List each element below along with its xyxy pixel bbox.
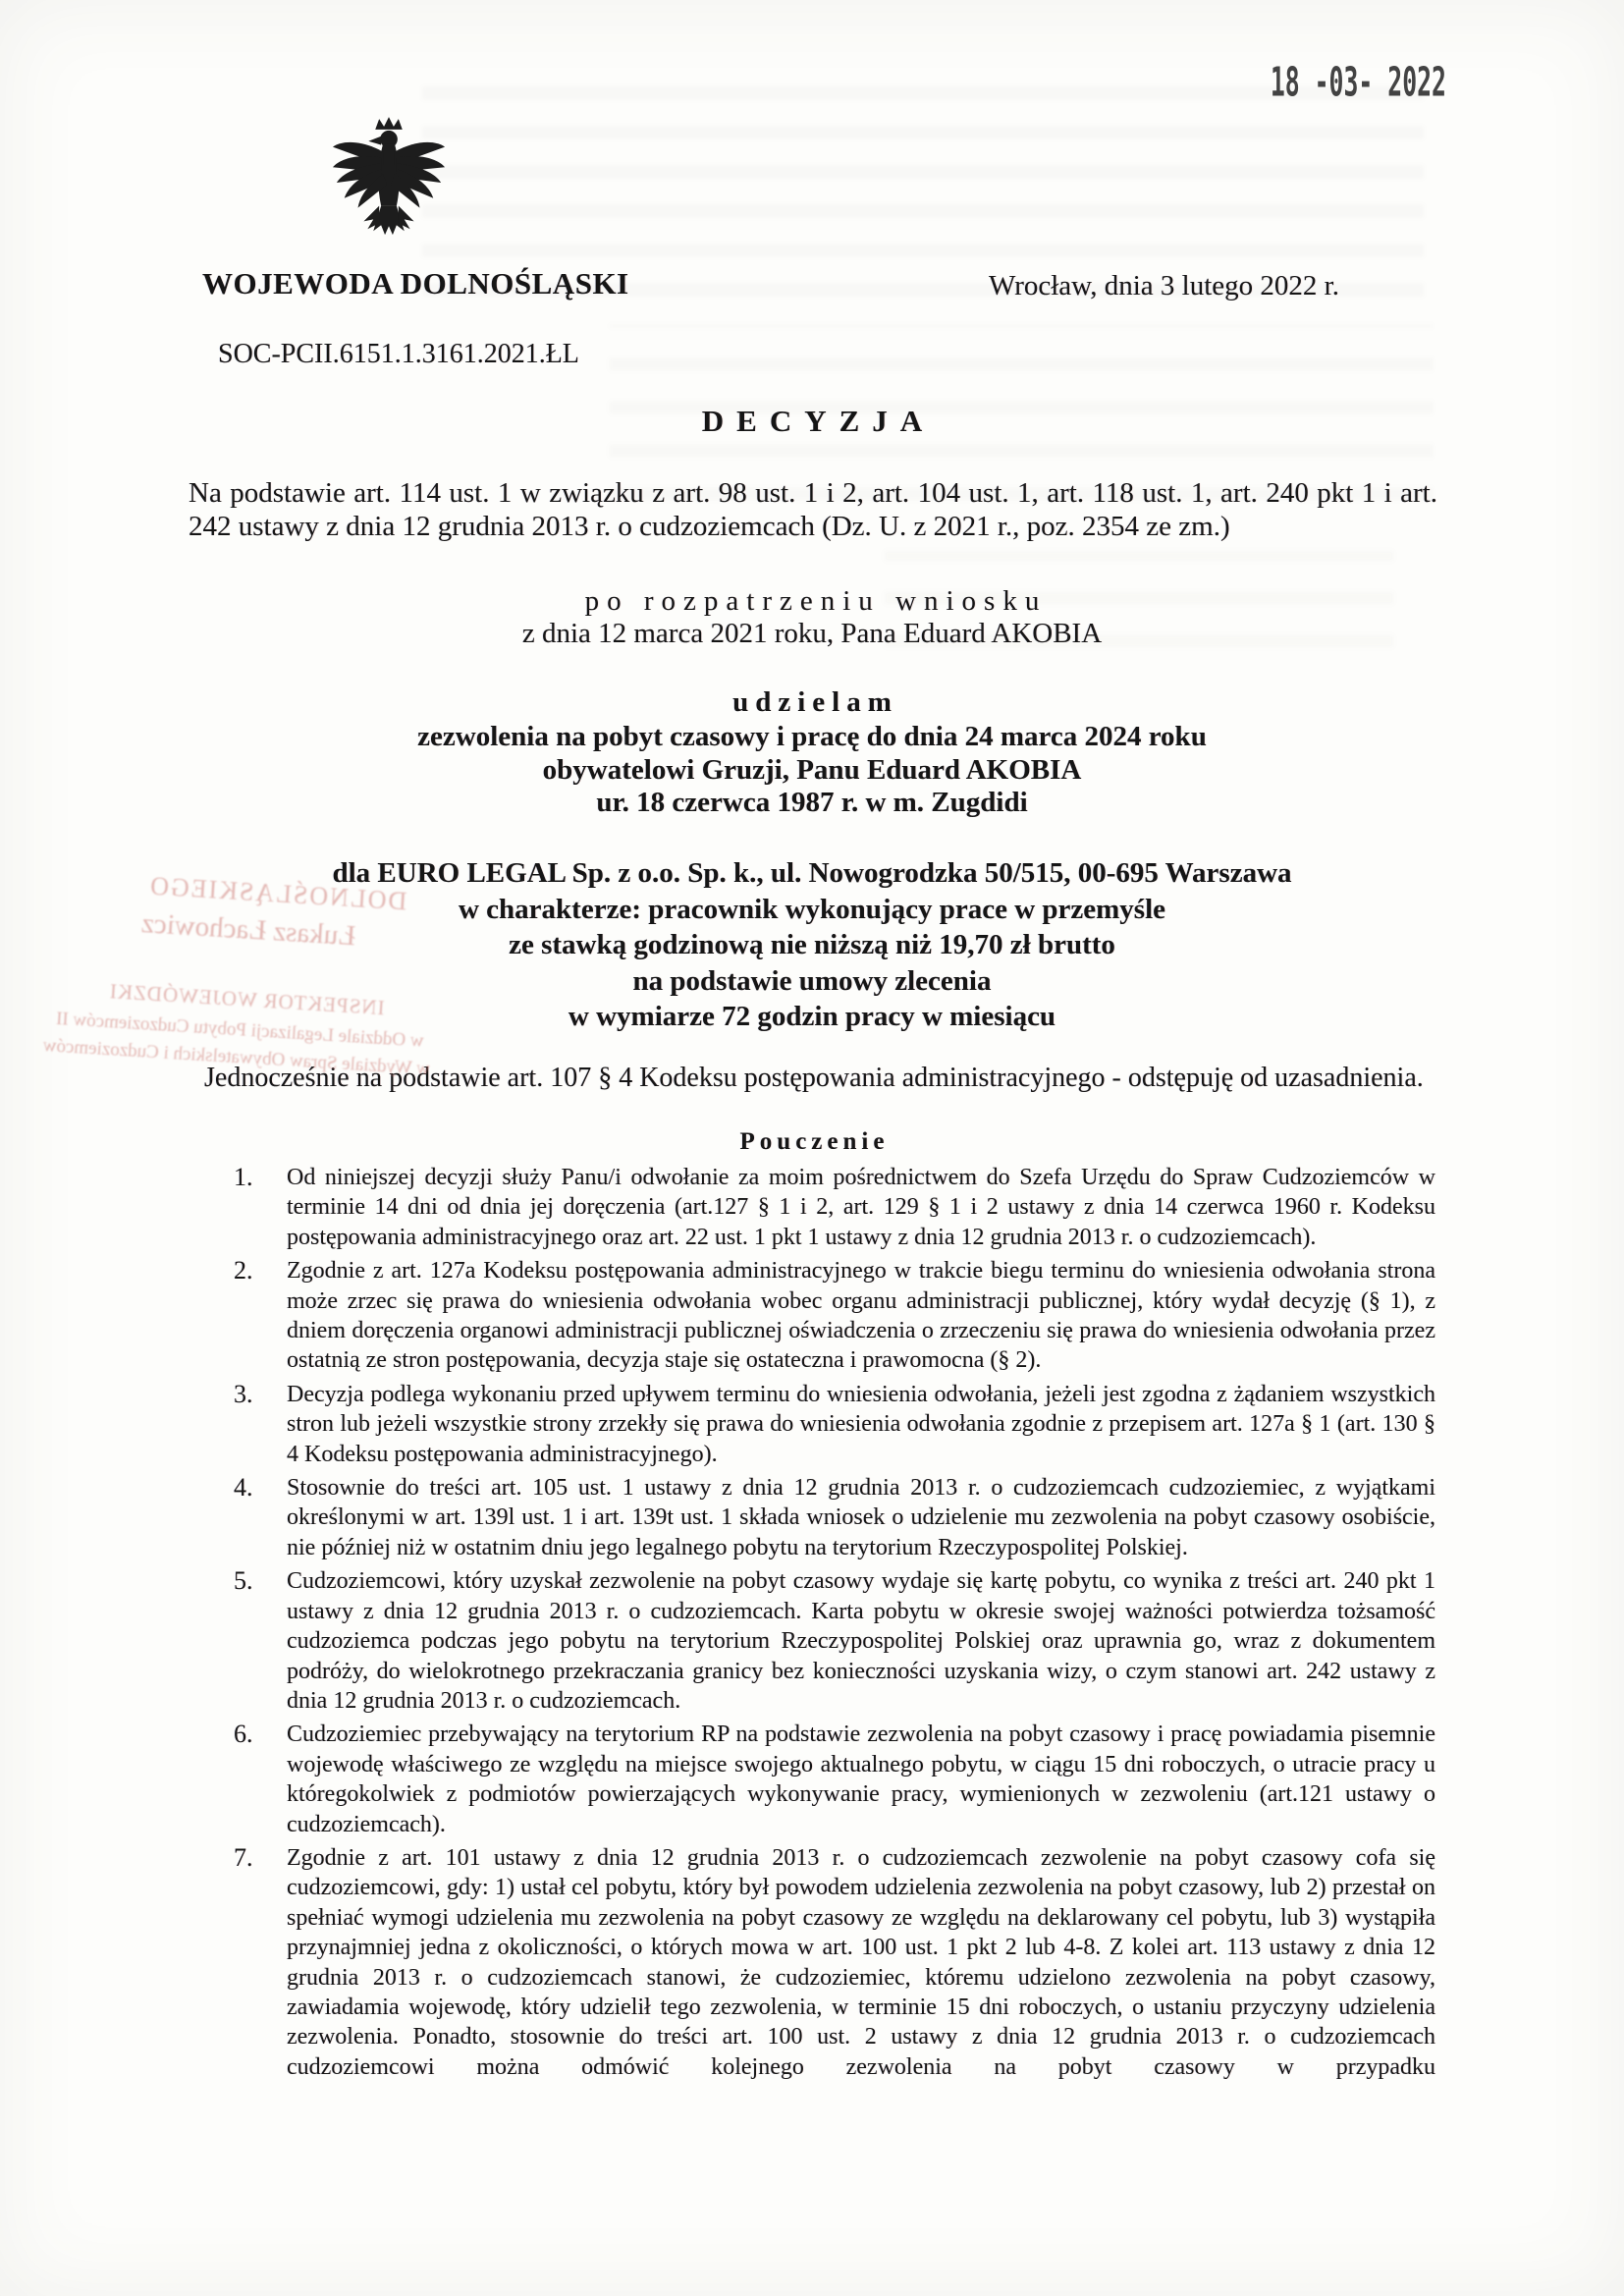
pouczenie-item: 1. Od niniejszej decyzji służy Panu/i od… [234,1163,1435,1252]
item-number: 2. [234,1256,287,1376]
item-number: 6. [234,1720,287,1839]
grant-line: ur. 18 czerwca 1987 r. w m. Zugdidi [0,787,1624,820]
received-date-stamp: 18 -03- 2022 [1271,63,1446,103]
item-number: 7. [234,1843,287,2082]
item-number: 3. [234,1380,287,1469]
pouczenie-heading: Pouczenie [0,1128,1624,1156]
item-text: Cudzoziemiec przebywający na terytorium … [287,1720,1435,1839]
pouczenie-item: 5. Cudzoziemcowi, który uzyskał zezwolen… [234,1566,1435,1716]
employment-line: dla EURO LEGAL Sp. z o.o. Sp. k., ul. No… [0,855,1624,892]
place-and-date: Wrocław, dnia 3 lutego 2022 r. [989,270,1339,302]
pouczenie-item: 4. Stosownie do treści art. 105 ust. 1 u… [234,1473,1435,1562]
document-title: DECYZJA [0,404,1624,439]
scanned-decision-document: 18 -03- 2022 [0,0,1624,2296]
item-text: Decyzja podlega wykonaniu przed upływem … [287,1380,1435,1469]
item-number: 5. [234,1566,287,1716]
grant-line: obywatelowi Gruzji, Panu Eduard AKOBIA [0,754,1624,788]
employment-line: w charakterze: pracownik wykonujący prac… [0,892,1624,928]
employment-conditions-block: dla EURO LEGAL Sp. z o.o. Sp. k., ul. No… [0,855,1624,1035]
pouczenie-item: 6. Cudzoziemiec przebywający na terytori… [234,1720,1435,1839]
grant-line: zezwolenia na pobyt czasowy i pracę do d… [0,721,1624,754]
pouczenie-item: 3. Decyzja podlega wykonaniu przed upływ… [234,1380,1435,1469]
legal-basis-paragraph: Na podstawie art. 114 ust. 1 w związku z… [189,476,1437,543]
grant-block: zezwolenia na pobyt czasowy i pracę do d… [0,721,1624,820]
consideration-intro: po rozpatrzeniu wniosku [0,585,1624,618]
pouczenie-item: 2. Zgodnie z art. 127a Kodeksu postępowa… [234,1256,1435,1376]
item-text: Stosownie do treści art. 105 ust. 1 usta… [287,1473,1435,1562]
item-number: 1. [234,1163,287,1252]
pouczenie-list: 1. Od niniejszej decyzji służy Panu/i od… [234,1163,1435,2086]
authority-name: WOJEWODA DOLNOŚLĄSKI [202,266,629,301]
grant-verb: udzielam [0,686,1624,719]
employment-line: na podstawie umowy zlecenia [0,963,1624,1000]
application-reference: z dnia 12 marca 2021 roku, Pana Eduard A… [0,618,1624,650]
item-text: Od niniejszej decyzji służy Panu/i odwoł… [287,1163,1435,1252]
case-number: SOC-PCII.6151.1.3161.2021.ŁL [218,339,579,370]
consideration-block: po rozpatrzeniu wniosku z dnia 12 marca … [0,585,1624,650]
item-number: 4. [234,1473,287,1562]
employment-line: ze stawką godzinową nie niższą niż 19,70… [0,927,1624,963]
item-text: Zgodnie z art. 127a Kodeksu postępowania… [287,1256,1435,1376]
justification-waiver-paragraph: Jednocześnie na podstawie art. 107 § 4 K… [189,1062,1437,1094]
item-text: Zgodnie z art. 101 ustawy z dnia 12 grud… [287,1843,1435,2082]
pouczenie-item: 7. Zgodnie z art. 101 ustawy z dnia 12 g… [234,1843,1435,2082]
polish-eagle-emblem [329,114,449,251]
employment-line: w wymiarze 72 godzin pracy w miesiącu [0,999,1624,1035]
item-text: Cudzoziemcowi, który uzyskał zezwolenie … [287,1566,1435,1716]
